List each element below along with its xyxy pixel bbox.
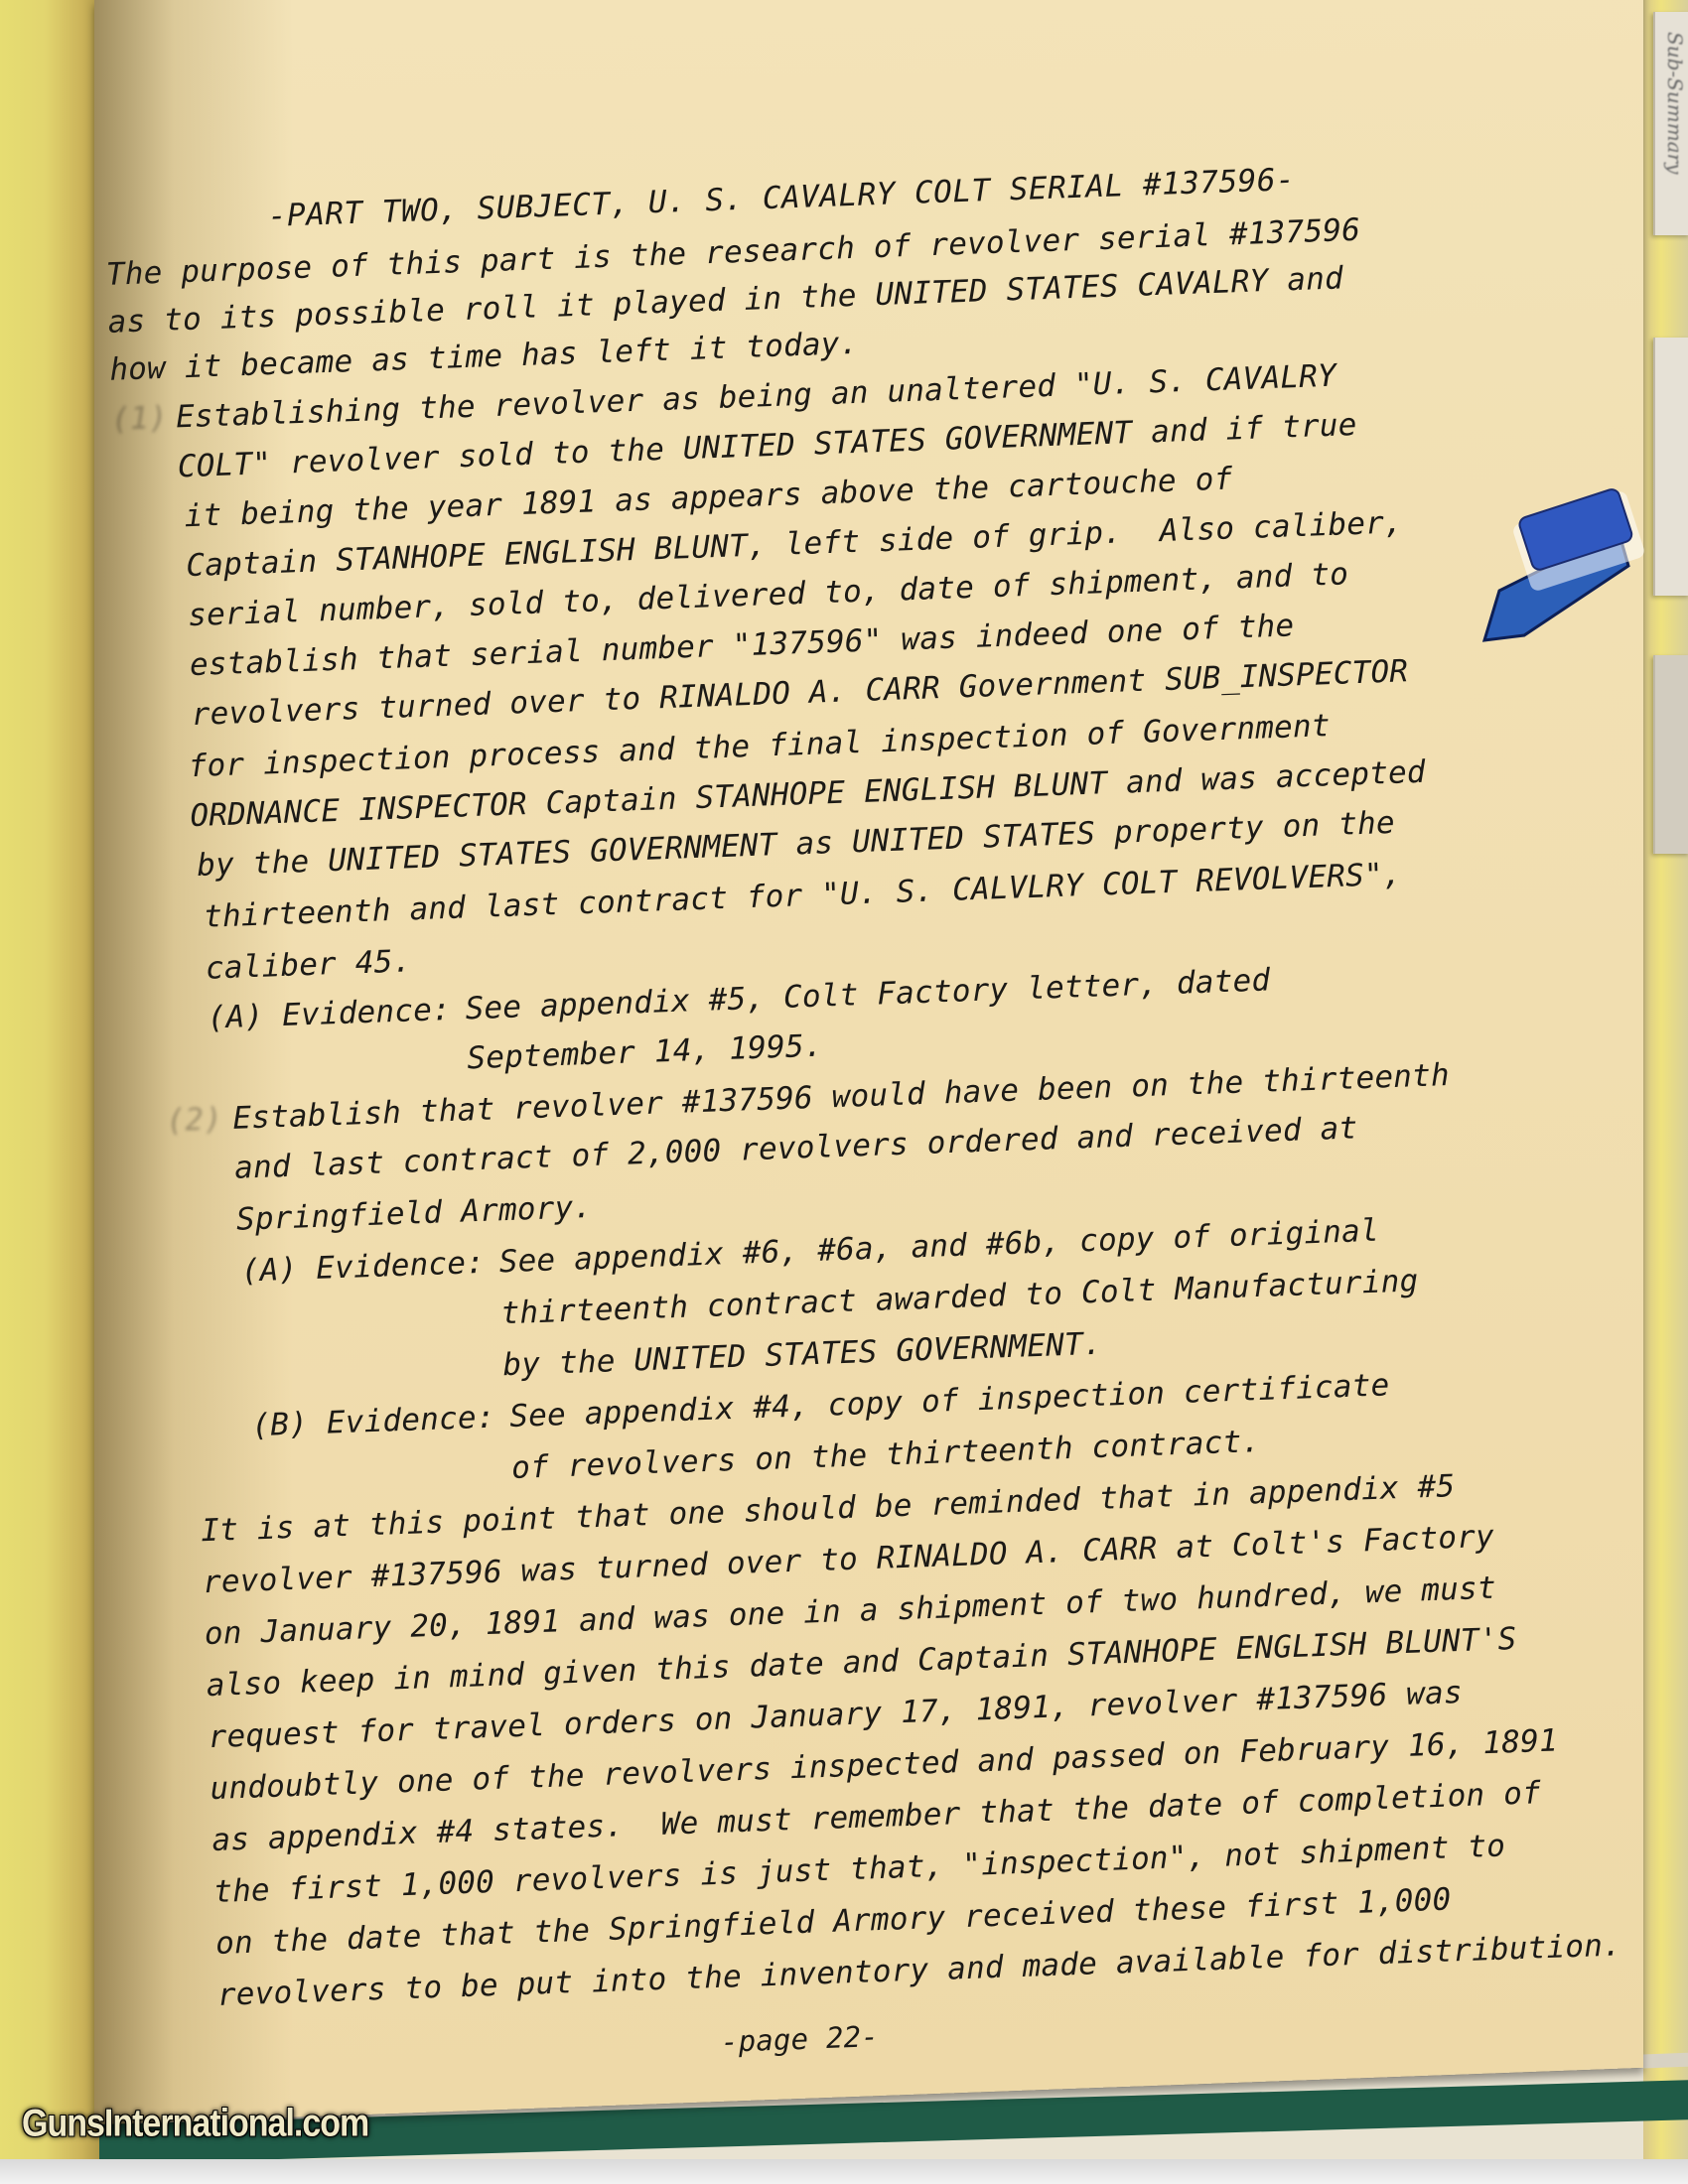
item-number: (2) — [166, 1101, 223, 1139]
item-number: (1) — [110, 400, 168, 438]
item-line: Springfield Armory. — [235, 1189, 592, 1238]
item-line: caliber 45. — [205, 943, 412, 986]
evidence-label: (B) Evidence: — [251, 1400, 495, 1444]
evidence-label: (A) Evidence: — [240, 1245, 485, 1290]
evidence-label: (A) Evidence: — [207, 992, 451, 1036]
evidence-line: September 14, 1995. — [467, 1028, 823, 1077]
evidence-line: by the UNITED STATES GOVERNMENT. — [502, 1326, 1103, 1384]
page-number: -page 22- — [720, 2019, 879, 2059]
evidence-line: of revolvers on the thirteenth contract. — [511, 1424, 1261, 1486]
divider-tab[interactable] — [1653, 655, 1688, 854]
divider-tab-summary[interactable]: Sub-Summary — [1653, 12, 1688, 235]
document-text: -PART TWO, SUBJECT, U. S. CAVALRY COLT S… — [0, 0, 1688, 2184]
watermark-logo: GunsInternational.com — [22, 2102, 368, 2146]
evidence-line: See appendix #5, Colt Factory letter, da… — [465, 962, 1271, 1026]
divider-tab-label: Sub-Summary — [1663, 32, 1687, 174]
